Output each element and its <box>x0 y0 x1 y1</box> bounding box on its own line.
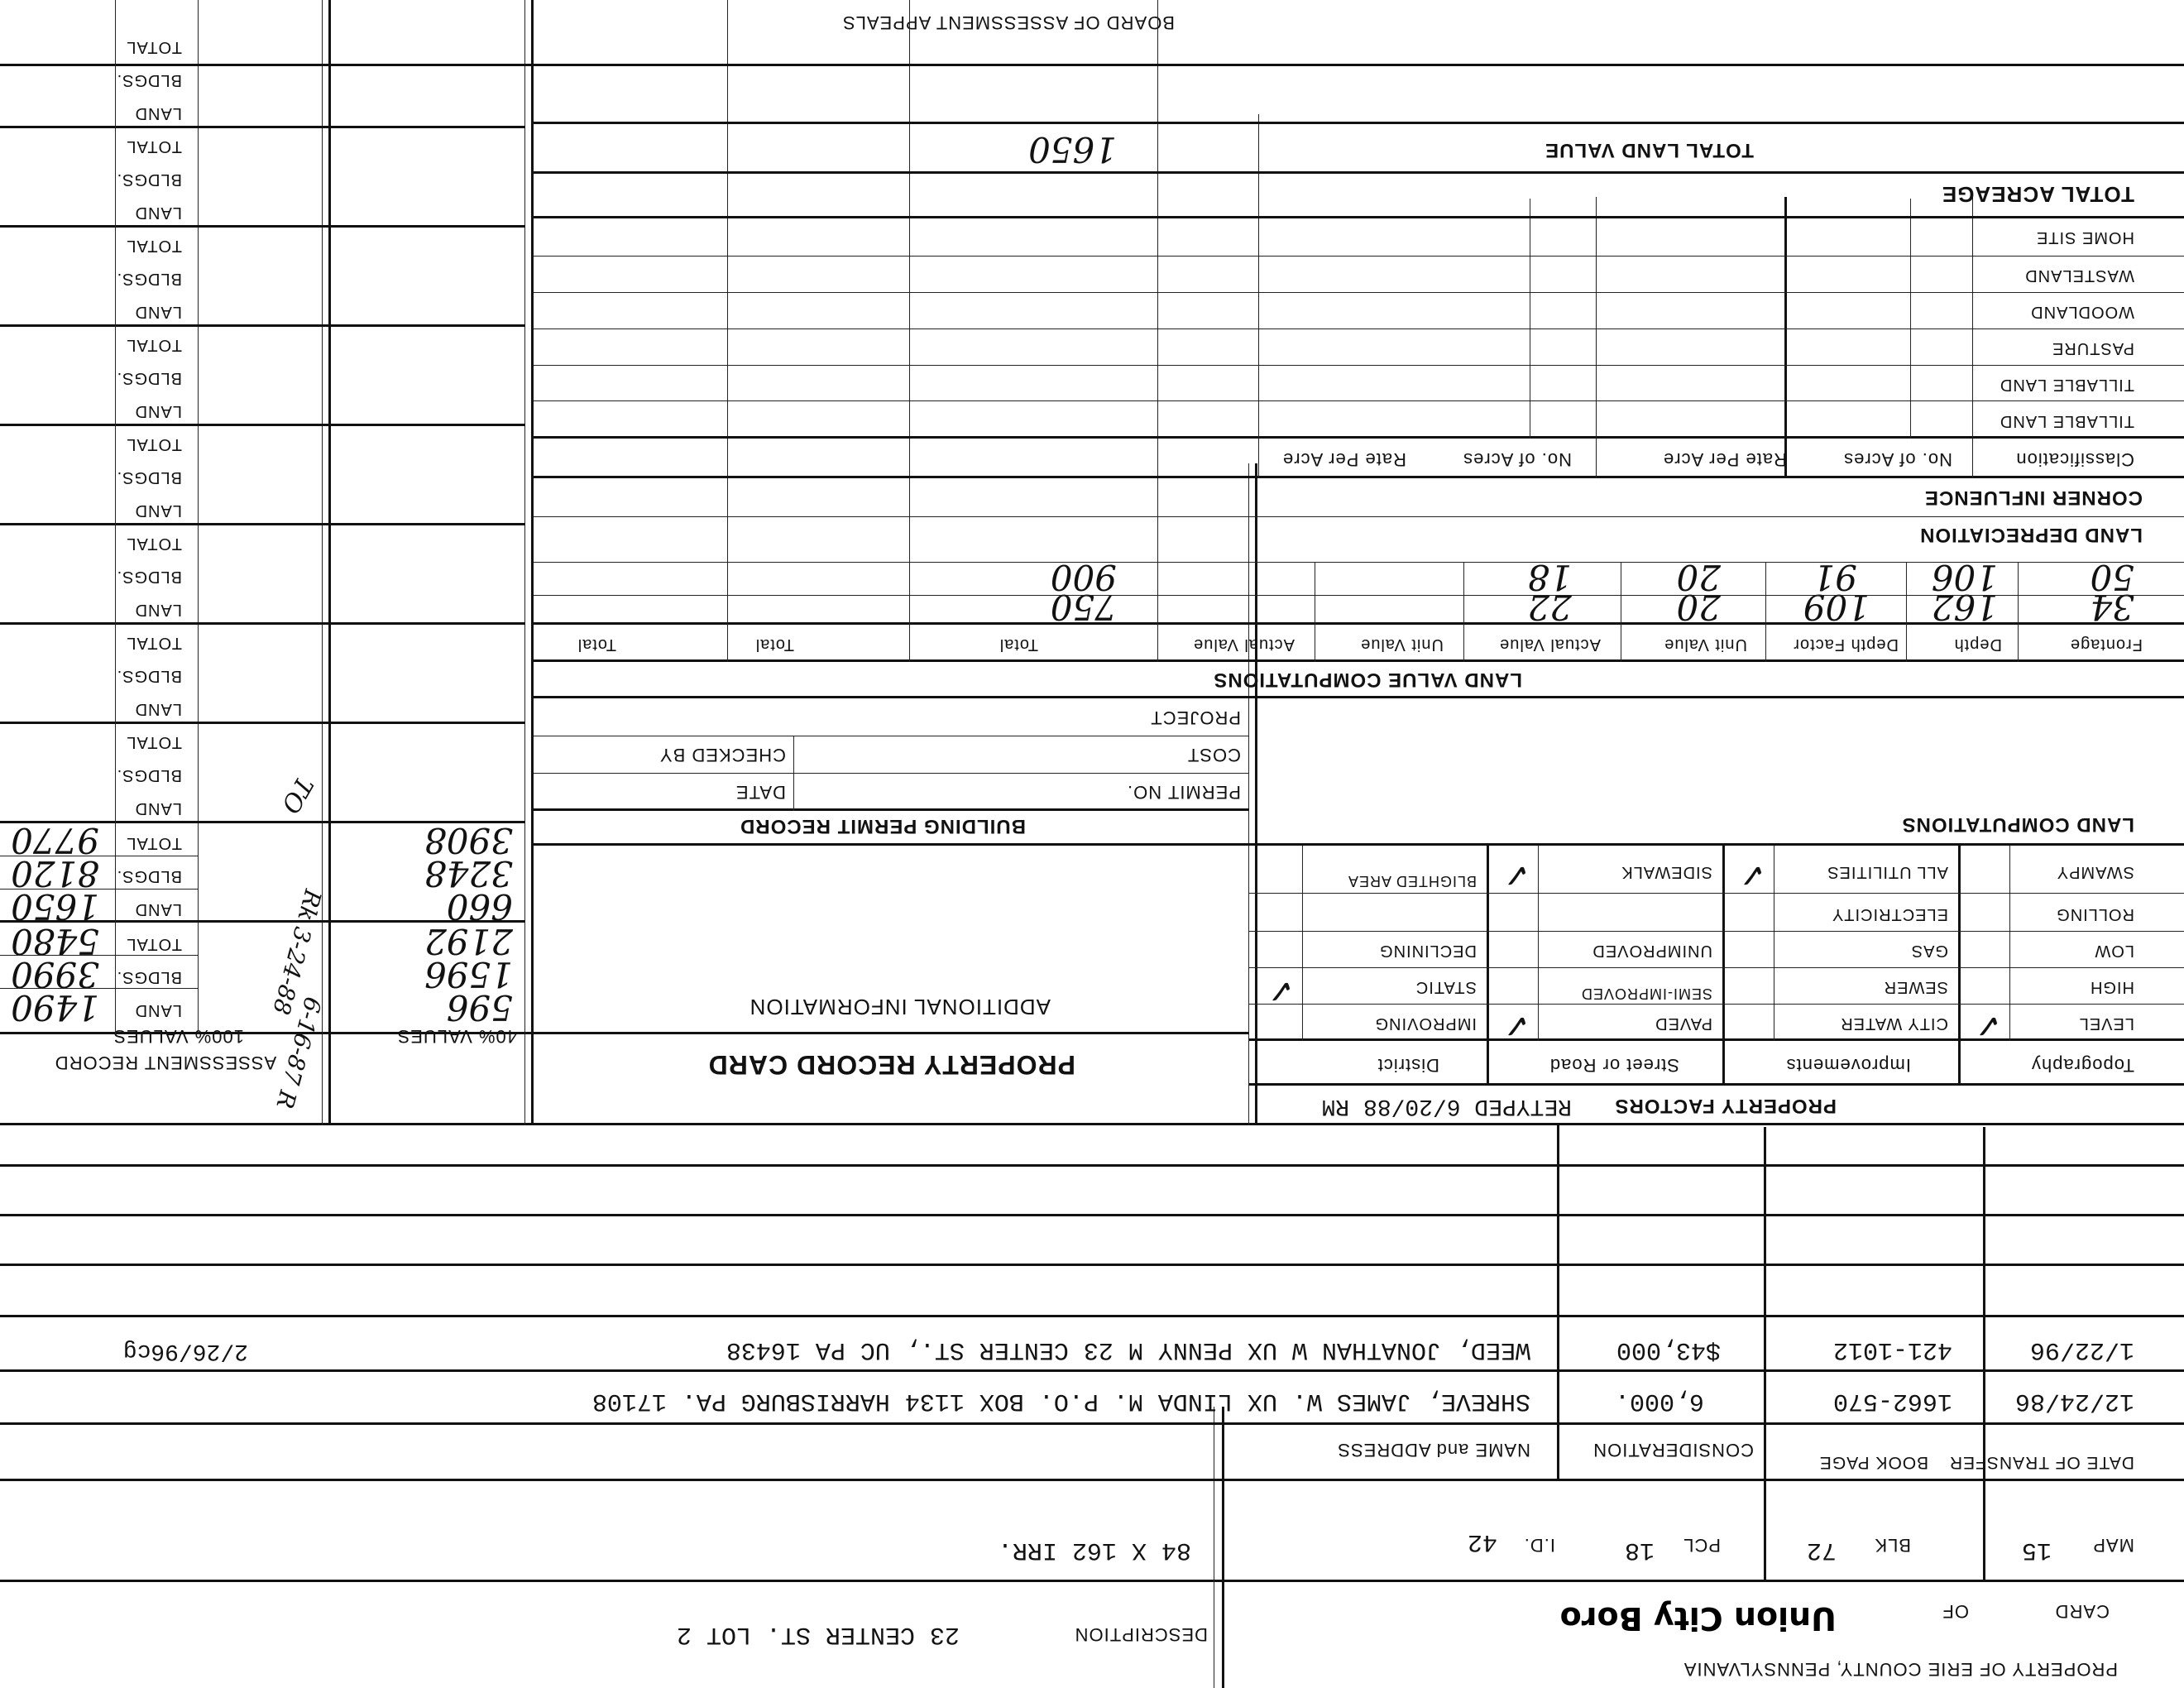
factor-swampy: SWAMPY <box>2057 862 2134 881</box>
permit-no-label: PERMIT NO. <box>1127 781 1241 803</box>
frontage-header: Frontage <box>2070 635 2143 654</box>
total-land-value: 1650 <box>1028 129 1117 170</box>
acreage-row-woodland: WOODLAND <box>2030 302 2134 321</box>
classification-header: Classification <box>2015 448 2134 470</box>
acreage-row-wasteland: WASTELAND <box>2024 266 2134 285</box>
forty-total: 3908 <box>424 820 513 861</box>
factor-static: STATIC <box>1415 977 1477 996</box>
id-label: I.D. <box>1524 1534 1555 1556</box>
row-label-total: TOTAL <box>126 633 182 652</box>
land-computations-title: LAND COMPUTATIONS <box>1902 813 2134 836</box>
row-label-bldgs: BLDGS. <box>117 765 182 784</box>
land-depreciation-label: LAND DEPRECIATION <box>1919 523 2143 546</box>
actual-value: 18 <box>1528 557 1572 597</box>
row-label-bldgs: BLDGS. <box>117 269 182 288</box>
property-record-card-sheet: BOARD OF ASSESSMENT APPEALS PROPERTY OF … <box>0 0 2184 1688</box>
transfer-book-page: 1662-570 <box>1833 1387 1952 1415</box>
total-land-value-label: TOTAL LAND VALUE <box>1545 138 1754 161</box>
project-label: PROJECT <box>1150 707 1241 728</box>
row-label-total: TOTAL <box>126 833 182 852</box>
no-acres-header: No. of Acres <box>1843 448 1952 470</box>
factor-declining: DECLINING <box>1379 941 1477 960</box>
forty-values-label: 40% VALUES <box>397 1025 517 1047</box>
transfer-date-header: DATE OF TRANSFER <box>2010 1453 2134 1471</box>
row-label-total: TOTAL <box>126 934 182 953</box>
factor-unimproved: UNIMPROVED <box>1592 941 1712 960</box>
row-label-total: TOTAL <box>126 434 182 453</box>
description-line1: 23 CENTER ST. LOT 2 <box>677 1620 960 1648</box>
retyped-note: RETYPED 6/20/88 RM <box>1322 1093 1572 1119</box>
blk-label: BLK <box>1874 1534 1911 1556</box>
total-acreage-label: TOTAL ACREAGE <box>1942 181 2134 207</box>
row-label-total: TOTAL <box>126 137 182 156</box>
row-label-bldgs: BLDGS. <box>117 70 182 89</box>
total-2-header: Total <box>755 635 794 654</box>
topography-header: Topography <box>2031 1054 2134 1076</box>
row-label-total: TOTAL <box>126 534 182 553</box>
assessment-record-title: ASSESSMENT RECORD <box>41 1053 290 1072</box>
assessment-date-note: Rk 3-24-88 <box>267 886 327 1017</box>
acreage-row-tillable: TILLABLE LAND <box>2000 411 2134 430</box>
row-label-land: LAND <box>135 600 182 619</box>
rate-per-acre-header: Rate Per Acre <box>1663 448 1787 470</box>
factor-sidewalk: SIDEWALK <box>1621 862 1712 881</box>
property-factors-title: PROPERTY FACTORS <box>1615 1094 1837 1117</box>
row-label-land: LAND <box>135 302 182 321</box>
factor-electricity: ELECTRICITY <box>1832 904 1948 923</box>
transfer-book-page: 421-1012 <box>1833 1336 1952 1364</box>
hundred-values-label: 100% VALUES <box>113 1025 244 1047</box>
consideration-header: CONSIDERATION <box>1592 1439 1754 1460</box>
description-label: DESCRIPTION <box>1075 1623 1208 1645</box>
check-icon: ✓ <box>1502 856 1530 894</box>
factor-rolling: ROLLING <box>2056 904 2134 923</box>
checked-by-label: CHECKED BY <box>659 744 786 765</box>
description-line2: 84 X 162 IRR. <box>998 1536 1191 1564</box>
row-label-bldgs: BLDGS. <box>117 468 182 487</box>
no-acres-2-header: No. of Acres <box>1463 448 1572 470</box>
building-permit-title: BUILDING PERMIT RECORD <box>740 814 1026 837</box>
row-label-bldgs: BLDGS. <box>117 368 182 387</box>
additional-information-label: ADDITIONAL INFORMATION <box>750 994 1051 1019</box>
factor-blighted-area: BLIGHTED AREA <box>1311 874 1477 889</box>
factor-sewer: SEWER <box>1884 977 1948 996</box>
district-header: District <box>1377 1054 1439 1076</box>
row-label-total: TOTAL <box>126 37 182 56</box>
depth-header: Depth <box>1954 635 2002 654</box>
rate-per-acre-2-header: Rate Per Acre <box>1282 448 1406 470</box>
book-page-header: BOOK PAGE <box>1812 1453 1936 1471</box>
forty-total: 2192 <box>424 921 513 961</box>
acreage-row-tillable-2: TILLABLE LAND <box>2000 375 2134 394</box>
row-label-bldgs: BLDGS. <box>117 666 182 685</box>
property-record-card-title: PROPERTY RECORD CARD <box>708 1049 1075 1080</box>
factor-level: LEVEL <box>2079 1014 2134 1033</box>
transfer-date: 1/22/96 <box>2030 1336 2134 1364</box>
pcl-value: 18 <box>1625 1536 1655 1564</box>
check-icon: ✓ <box>1502 1006 1530 1044</box>
factor-high: HIGH <box>2090 977 2134 996</box>
acreage-row-pasture: PASTURE <box>2052 338 2134 357</box>
row-label-bldgs: BLDGS. <box>117 567 182 586</box>
assessment-date-note: TO <box>275 772 318 818</box>
blk-value: 72 <box>1807 1536 1837 1564</box>
row-label-bldgs: BLDGS. <box>117 170 182 189</box>
transfer-consideration: 6,000. <box>1615 1387 1704 1415</box>
factor-all-utilities: ALL UTILITIES <box>1827 862 1948 881</box>
row-label-land: LAND <box>135 501 182 520</box>
row-label-total: TOTAL <box>126 732 182 751</box>
row-label-land: LAND <box>135 401 182 420</box>
row-label-bldgs: BLDGS. <box>117 866 182 885</box>
corner-influence-label: CORNER INFLUENCE <box>1924 486 2143 509</box>
transfer-consideration: $43,000 <box>1616 1336 1721 1364</box>
improvements-header: Improvements <box>1786 1054 1911 1076</box>
row-label-total: TOTAL <box>126 236 182 255</box>
street-road-header: Street or Road <box>1549 1054 1679 1076</box>
factor-paved: PAVED <box>1655 1014 1712 1033</box>
id-value: 42 <box>1468 1527 1497 1556</box>
row-label-land: LAND <box>135 1000 182 1019</box>
check-icon: ✓ <box>1267 971 1295 1009</box>
transfer-name-address: WEED, JONATHAN W UX PENNY M 23 CENTER ST… <box>726 1336 1530 1364</box>
check-icon: ✓ <box>1974 1006 2002 1044</box>
unit-value-2-header: Unit Value <box>1360 635 1444 654</box>
county-label: PROPERTY OF ERIE COUNTY, PENNSYLVANIA <box>1683 1658 2118 1680</box>
row-label-total: TOTAL <box>126 335 182 354</box>
unit-value: 20 <box>1677 557 1721 597</box>
row-label-bldgs: BLDGS. <box>117 967 182 986</box>
factor-low: LOW <box>2094 941 2134 960</box>
row-label-land: LAND <box>135 899 182 918</box>
factor-city-water: CITY WATER <box>1840 1014 1948 1033</box>
transfer-note: 2/26/96cg <box>123 1338 248 1364</box>
factor-semi-improved: SEMI-IMPROVED <box>1547 986 1712 1001</box>
permit-date-label: DATE <box>735 781 786 803</box>
lvc-total: 900 <box>1051 557 1117 597</box>
land-value-computations-title: LAND VALUE COMPUTATIONS <box>1213 668 1522 691</box>
row-label-land: LAND <box>135 798 182 818</box>
hundred-total: 9770 <box>11 820 99 861</box>
actual-value-header: Actual Value <box>1499 635 1601 654</box>
map-label: MAP <box>2092 1534 2134 1556</box>
transfer-name-address: SHREVE, JAMES W. UX LINDA M. P.O. BOX 11… <box>592 1387 1530 1415</box>
frontage-value: 50 <box>2091 557 2134 597</box>
name-address-header: NAME and ADDRESS <box>1337 1439 1530 1460</box>
depth-factor-header: Depth Factor <box>1793 635 1899 654</box>
depth-factor-value: 91 <box>1813 557 1857 597</box>
union-city-stamp: Union City Boro <box>1560 1600 1837 1637</box>
transfer-date: 12/24/86 <box>2015 1387 2134 1415</box>
map-value: 15 <box>2022 1536 2052 1564</box>
total-1-header: Total <box>999 635 1038 654</box>
check-icon: ✓ <box>1738 856 1766 894</box>
total-3-header: Total <box>577 635 616 654</box>
board-of-assessment-label: BOARD OF ASSESSMENT APPEALS <box>842 12 1175 33</box>
row-label-land: LAND <box>135 103 182 122</box>
factor-gas: GAS <box>1911 941 1948 960</box>
pcl-label: PCL <box>1683 1534 1721 1556</box>
card-of-label: OF <box>1942 1600 1969 1622</box>
row-label-land: LAND <box>135 699 182 718</box>
unit-value-header: Unit Value <box>1664 635 1747 654</box>
factor-improving: IMPROVING <box>1375 1014 1477 1033</box>
row-label-land: LAND <box>135 203 182 222</box>
cost-label: COST <box>1187 744 1241 765</box>
actual-value-2-header: Actual Value <box>1193 635 1295 654</box>
depth-value: 106 <box>1932 557 1998 597</box>
acreage-row-home-site: HOME SITE <box>2036 228 2134 247</box>
card-label: CARD <box>2055 1600 2110 1622</box>
